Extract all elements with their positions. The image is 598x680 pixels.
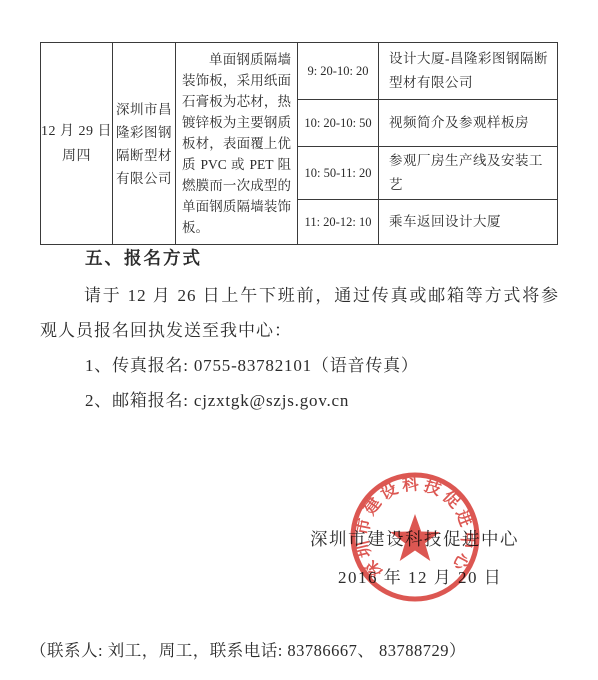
paragraph-line1: 请于 12 月 26 日上午下班前，通过传真或邮箱等方式将参 (40, 278, 559, 313)
table-row: 12 月 29 日 周四 深圳市昌隆彩图钢隔断型材有限公司 单面钢质隔墙装饰板，… (41, 43, 558, 100)
contact-line: （联系人: 刘工，周工，联系电话: 83786667、 83788729） (30, 637, 590, 661)
date-cell: 12 月 29 日 周四 (41, 43, 113, 245)
schedule-table: 12 月 29 日 周四 深圳市昌隆彩图钢隔断型材有限公司 单面钢质隔墙装饰板，… (40, 42, 558, 245)
signature-org: 深圳市建设科技促进中心 (310, 526, 519, 551)
section-heading: 五、报名方式 (85, 246, 559, 270)
activity-cell: 视频简介及参观样板房 (379, 100, 558, 147)
date-line1: 12 月 29 日 (41, 119, 112, 144)
time-cell: 10: 50-11: 20 (298, 147, 379, 200)
company-cell: 深圳市昌隆彩图钢隔断型材有限公司 (113, 43, 176, 245)
description-cell: 单面钢质隔墙装饰板，采用纸面石膏板为芯材，热镀锌板为主要钢质板材，表面覆上优质 … (176, 43, 298, 245)
time-cell: 10: 20-10: 50 (298, 100, 379, 147)
time-cell: 9: 20-10: 20 (298, 43, 379, 100)
registration-section: 五、报名方式 请于 12 月 26 日上午下班前，通过传真或邮箱等方式将参 观人… (40, 246, 559, 418)
signature-date: 2016 年 12 月 20 日 (338, 563, 502, 588)
date-line2: 周四 (41, 144, 112, 169)
paragraph-line2: 观人员报名回执发送至我中心： (40, 313, 559, 348)
email-registration-item: 2、邮箱报名: cjzxtgk@szjs.gov.cn (85, 383, 559, 418)
activity-cell: 乘车返回设计大厦 (379, 200, 558, 245)
time-cell: 11: 20-12: 10 (298, 200, 379, 245)
fax-registration-item: 1、传真报名: 0755-83782101（语音传真） (85, 348, 559, 383)
activity-cell: 设计大厦-昌隆彩图钢隔断型材有限公司 (379, 43, 558, 100)
activity-cell: 参观厂房生产线及安装工艺 (379, 147, 558, 200)
